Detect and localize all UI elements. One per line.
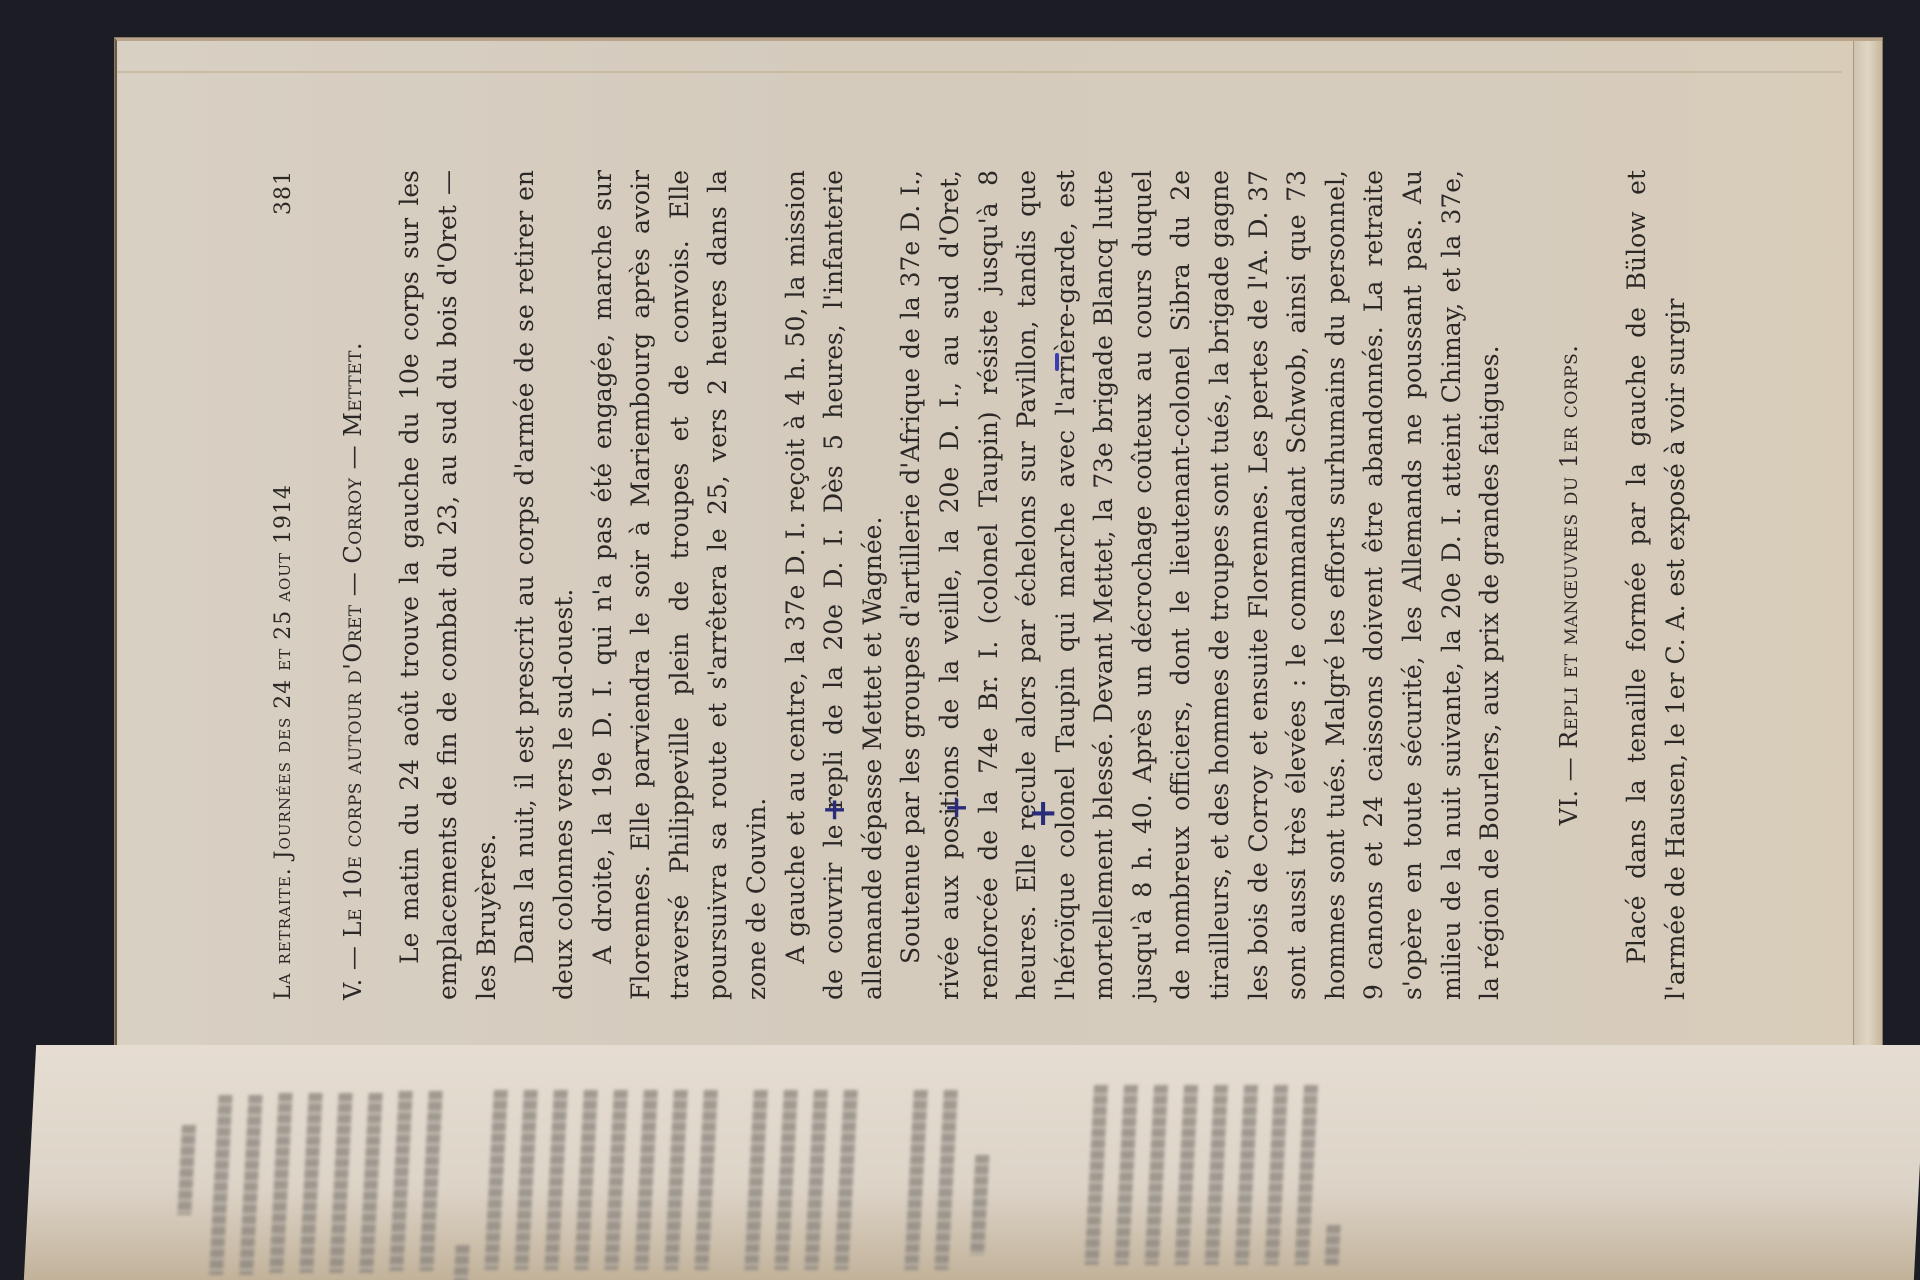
paragraph: A droite, la 19e D. I. qui n'a pas été e… [584,170,777,1000]
paragraph: Le matin du 24 août trouve la gauche du … [391,170,507,1000]
paragraph: Soutenue par les groupes d'artillerie d'… [892,170,1510,1000]
page-edge [1853,41,1882,1051]
paragraph: Dans la nuit, il est prescrit au corps d… [506,170,583,1000]
facing-page-blurred [24,1045,1920,1280]
paragraph: A gauche et au centre, la 37e D. I. reço… [777,170,893,1000]
ink-cross-mark-icon: + [822,792,847,827]
ink-cross-mark-icon: + [1028,792,1058,834]
running-head-title: La retraite. Journées des 24 et 25 aout … [265,484,320,1000]
page-text-rotated: La retraite. Journées des 24 et 25 aout … [265,170,1645,1000]
running-head: La retraite. Journées des 24 et 25 aout … [265,170,320,1000]
page-number: 381 [265,170,320,215]
ink-underline-mark [1055,353,1059,371]
page-fold [117,71,1842,73]
section-heading-vi: VI. — Repli et manœuvres du 1er corps. [1550,170,1589,1000]
ink-cross-mark-icon: + [944,790,969,825]
section-heading-v: V. — Le 10e corps autour d'Oret — Corroy… [334,170,373,1000]
paragraph: Placé dans la tenaille formée par la gau… [1618,170,1695,1000]
